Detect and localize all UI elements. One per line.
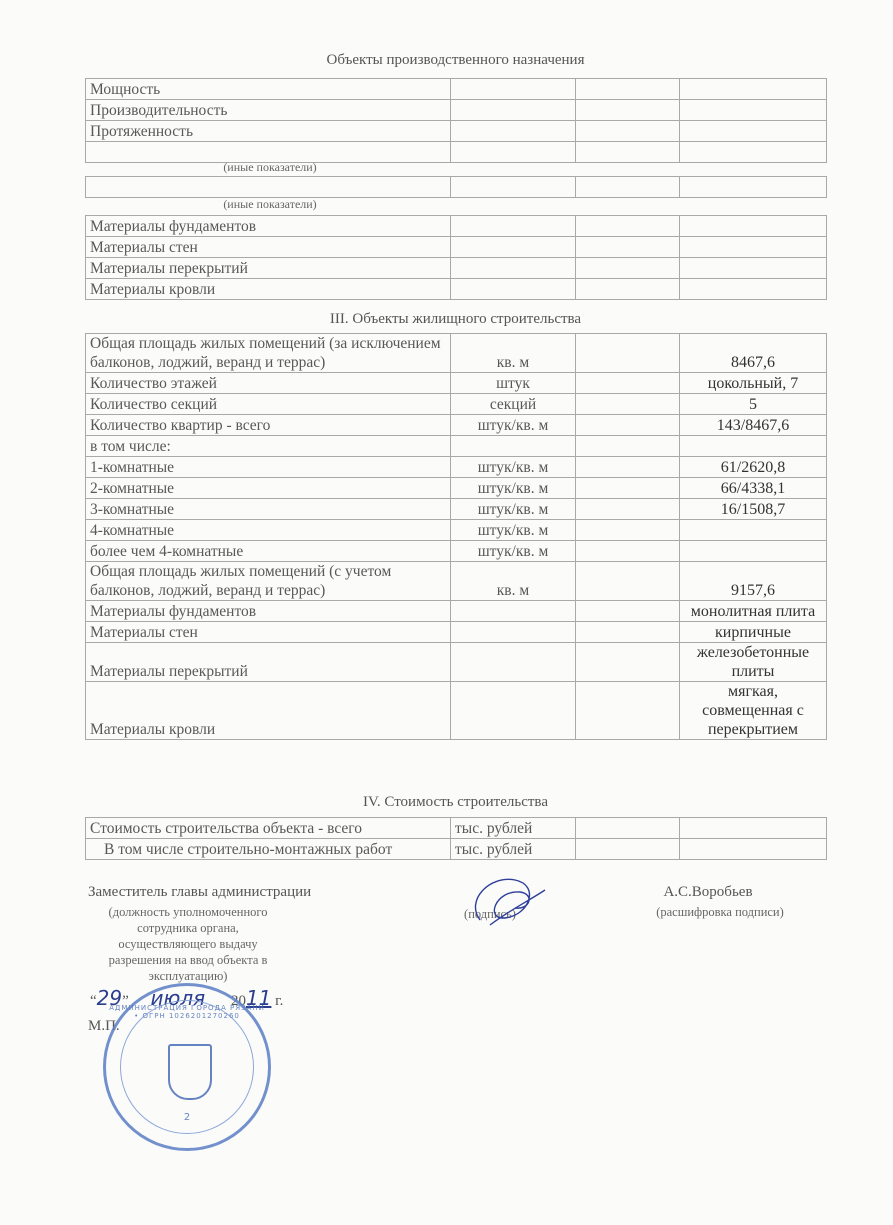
project-value — [576, 216, 680, 237]
table-row: Материалы фундаментов — [86, 216, 827, 237]
actual-value — [680, 216, 827, 237]
actual-value — [680, 237, 827, 258]
table-row: Количество квартир - всегоштук/кв. м143/… — [86, 415, 827, 436]
material-label: Материалы кровли — [86, 279, 451, 300]
unit-cell: штук — [451, 373, 576, 394]
project-value — [576, 279, 680, 300]
actual-value — [680, 436, 827, 457]
unit-cell: кв. м — [451, 562, 576, 601]
unit-cell — [451, 682, 576, 740]
material-label: Материалы фундаментов — [86, 216, 451, 237]
indicator-label: Материалы перекрытий — [86, 643, 451, 682]
official-stamp: АДМИНИСТРАЦИЯ ГОРОДА РЯЗАНИ • ОГРН 10262… — [103, 983, 271, 1151]
actual-value: 61/2620,8 — [680, 457, 827, 478]
indicator-label: Количество квартир - всего — [86, 415, 451, 436]
table-row: 3-комнатныештук/кв. м16/1508,7 — [86, 499, 827, 520]
indicator-label: Материалы кровли — [86, 682, 451, 740]
actual-value: 5 — [680, 394, 827, 415]
unit-cell — [451, 643, 576, 682]
section-housing-title: III. Объекты жилищного строительства — [85, 311, 826, 328]
unit-cell — [451, 622, 576, 643]
actual-value — [680, 79, 827, 100]
unit-cell: штук/кв. м — [451, 541, 576, 562]
stamp-number: 2 — [106, 1112, 268, 1123]
indicator-label: Материалы фундаментов — [86, 601, 451, 622]
project-value — [576, 237, 680, 258]
table-row: 4-комнатныештук/кв. м — [86, 520, 827, 541]
date-year-unit: г. — [275, 993, 283, 1009]
project-value — [576, 258, 680, 279]
unit-cell — [451, 100, 576, 121]
project-value — [576, 562, 680, 601]
indicator-label: в том числе: — [86, 436, 451, 457]
project-value — [576, 520, 680, 541]
cost-label: Стоимость строительства объекта - всего — [86, 818, 451, 839]
actual-value — [680, 100, 827, 121]
project-value — [576, 121, 680, 142]
actual-value: 143/8467,6 — [680, 415, 827, 436]
section-cost-title: IV. Стоимость строительства — [85, 794, 826, 811]
signature-scribble-icon — [460, 870, 550, 930]
table-row: Количество этажейштукцокольный, 7 — [86, 373, 827, 394]
material-label: Материалы стен — [86, 237, 451, 258]
project-value — [576, 457, 680, 478]
indicator-label: 4-комнатные — [86, 520, 451, 541]
actual-value: железобетонные плиты — [680, 643, 827, 682]
table-row: Количество секцийсекций5 — [86, 394, 827, 415]
indicator-label: 2-комнатные — [86, 478, 451, 499]
indicator-label: Общая площадь жилых помещений (с учетом … — [86, 562, 451, 601]
unit-cell — [451, 279, 576, 300]
unit-cell: секций — [451, 394, 576, 415]
project-value — [576, 682, 680, 740]
unit-cell: штук/кв. м — [451, 499, 576, 520]
actual-value: 9157,6 — [680, 562, 827, 601]
project-value — [576, 643, 680, 682]
unit-cell: штук/кв. м — [451, 457, 576, 478]
unit-cell: кв. м — [451, 334, 576, 373]
unit-cell: штук/кв. м — [451, 415, 576, 436]
project-value — [576, 839, 680, 860]
actual-value — [680, 839, 827, 860]
unit-cell — [451, 601, 576, 622]
project-value — [576, 415, 680, 436]
unit-cell: штук/кв. м — [451, 478, 576, 499]
indicator-label: Количество этажей — [86, 373, 451, 394]
indicator-label: более чем 4-комнатные — [86, 541, 451, 562]
table-row: Материалы фундаментовмонолитная плита — [86, 601, 827, 622]
project-value — [576, 79, 680, 100]
actual-value — [680, 520, 827, 541]
project-value — [576, 478, 680, 499]
industrial-indicators-table: МощностьПроизводительностьПротяженность — [85, 78, 827, 163]
cost-table: Стоимость строительства объекта - всегот… — [85, 817, 827, 860]
table-row: Материалы перекрытийжелезобетонные плиты — [86, 643, 827, 682]
table-row: в том числе: — [86, 436, 827, 457]
project-value — [576, 499, 680, 520]
actual-value: цокольный, 7 — [680, 373, 827, 394]
actual-value — [680, 541, 827, 562]
project-value — [576, 601, 680, 622]
project-value — [576, 142, 680, 163]
project-value — [576, 622, 680, 643]
actual-value — [680, 279, 827, 300]
project-value — [576, 100, 680, 121]
actual-value — [680, 121, 827, 142]
actual-value — [680, 258, 827, 279]
unit-cell — [451, 436, 576, 457]
table-row: Общая площадь жилых помещений (за исключ… — [86, 334, 827, 373]
table-row: Мощность — [86, 79, 827, 100]
unit-cell — [451, 79, 576, 100]
table-row: Производительность — [86, 100, 827, 121]
project-value — [576, 436, 680, 457]
table-row: Материалы кровлимягкая, совмещенная с пе… — [86, 682, 827, 740]
table-row: Материалы кровли — [86, 279, 827, 300]
project-value — [576, 541, 680, 562]
table-row: Протяженность — [86, 121, 827, 142]
official-position: Заместитель главы администрации — [88, 884, 311, 901]
unit-cell — [451, 216, 576, 237]
indicator-label: Протяженность — [86, 121, 451, 142]
unit-cell — [451, 237, 576, 258]
actual-value — [680, 818, 827, 839]
table-row: Общая площадь жилых помещений (с учетом … — [86, 562, 827, 601]
indicator-label: Материалы стен — [86, 622, 451, 643]
housing-table: Общая площадь жилых помещений (за исключ… — [85, 333, 827, 740]
coat-of-arms-icon — [168, 1044, 212, 1100]
industrial-materials-table: Материалы фундаментовМатериалы стенМатер… — [85, 215, 827, 300]
official-name: А.С.Воробьев — [598, 884, 818, 901]
indicator-label: 3-комнатные — [86, 499, 451, 520]
stamp-text: АДМИНИСТРАЦИЯ ГОРОДА РЯЗАНИ • ОГРН 10262… — [106, 1004, 268, 1020]
indicator-label: 1-комнатные — [86, 457, 451, 478]
cost-label: В том числе строительно-монтажных работ — [86, 839, 451, 860]
table-row: Стоимость строительства объекта - всегот… — [86, 818, 827, 839]
indicator-label: Количество секций — [86, 394, 451, 415]
actual-value: мягкая, совмещенная с перекрытием — [680, 682, 827, 740]
official-name-caption: (расшифровка подписи) — [620, 904, 820, 920]
indicator-label: Мощность — [86, 79, 451, 100]
other-indicators-caption-2: (иные показатели) — [200, 197, 340, 212]
other-indicators-table — [85, 176, 827, 198]
indicator-label: Общая площадь жилых помещений (за исключ… — [86, 334, 451, 373]
permit-page: Объекты производственного назначения Мощ… — [0, 0, 893, 1225]
actual-value: монолитная плита — [680, 601, 827, 622]
table-row — [86, 142, 827, 163]
table-row: Материалы стен — [86, 237, 827, 258]
table-row: 1-комнатныештук/кв. м61/2620,8 — [86, 457, 827, 478]
actual-value: 16/1508,7 — [680, 499, 827, 520]
unit-cell — [451, 142, 576, 163]
material-label: Материалы перекрытий — [86, 258, 451, 279]
table-row: 2-комнатныештук/кв. м66/4338,1 — [86, 478, 827, 499]
unit-cell — [451, 258, 576, 279]
actual-value: кирпичные — [680, 622, 827, 643]
project-value — [576, 373, 680, 394]
table-row: Материалы стенкирпичные — [86, 622, 827, 643]
unit-cell — [451, 121, 576, 142]
project-value — [576, 334, 680, 373]
other-indicators-caption: (иные показатели) — [200, 160, 340, 175]
unit-cell: штук/кв. м — [451, 520, 576, 541]
table-row: Материалы перекрытий — [86, 258, 827, 279]
table-row: более чем 4-комнатныештук/кв. м — [86, 541, 827, 562]
project-value — [576, 818, 680, 839]
actual-value — [680, 142, 827, 163]
actual-value: 66/4338,1 — [680, 478, 827, 499]
actual-value: 8467,6 — [680, 334, 827, 373]
unit-cell: тыс. рублей — [451, 818, 576, 839]
unit-cell: тыс. рублей — [451, 839, 576, 860]
section-industrial-title: Объекты производственного назначения — [85, 52, 826, 69]
project-value — [576, 394, 680, 415]
table-row: В том числе строительно-монтажных работт… — [86, 839, 827, 860]
official-position-caption: (должность уполномоченного сотрудника ор… — [88, 904, 288, 984]
indicator-label: Производительность — [86, 100, 451, 121]
